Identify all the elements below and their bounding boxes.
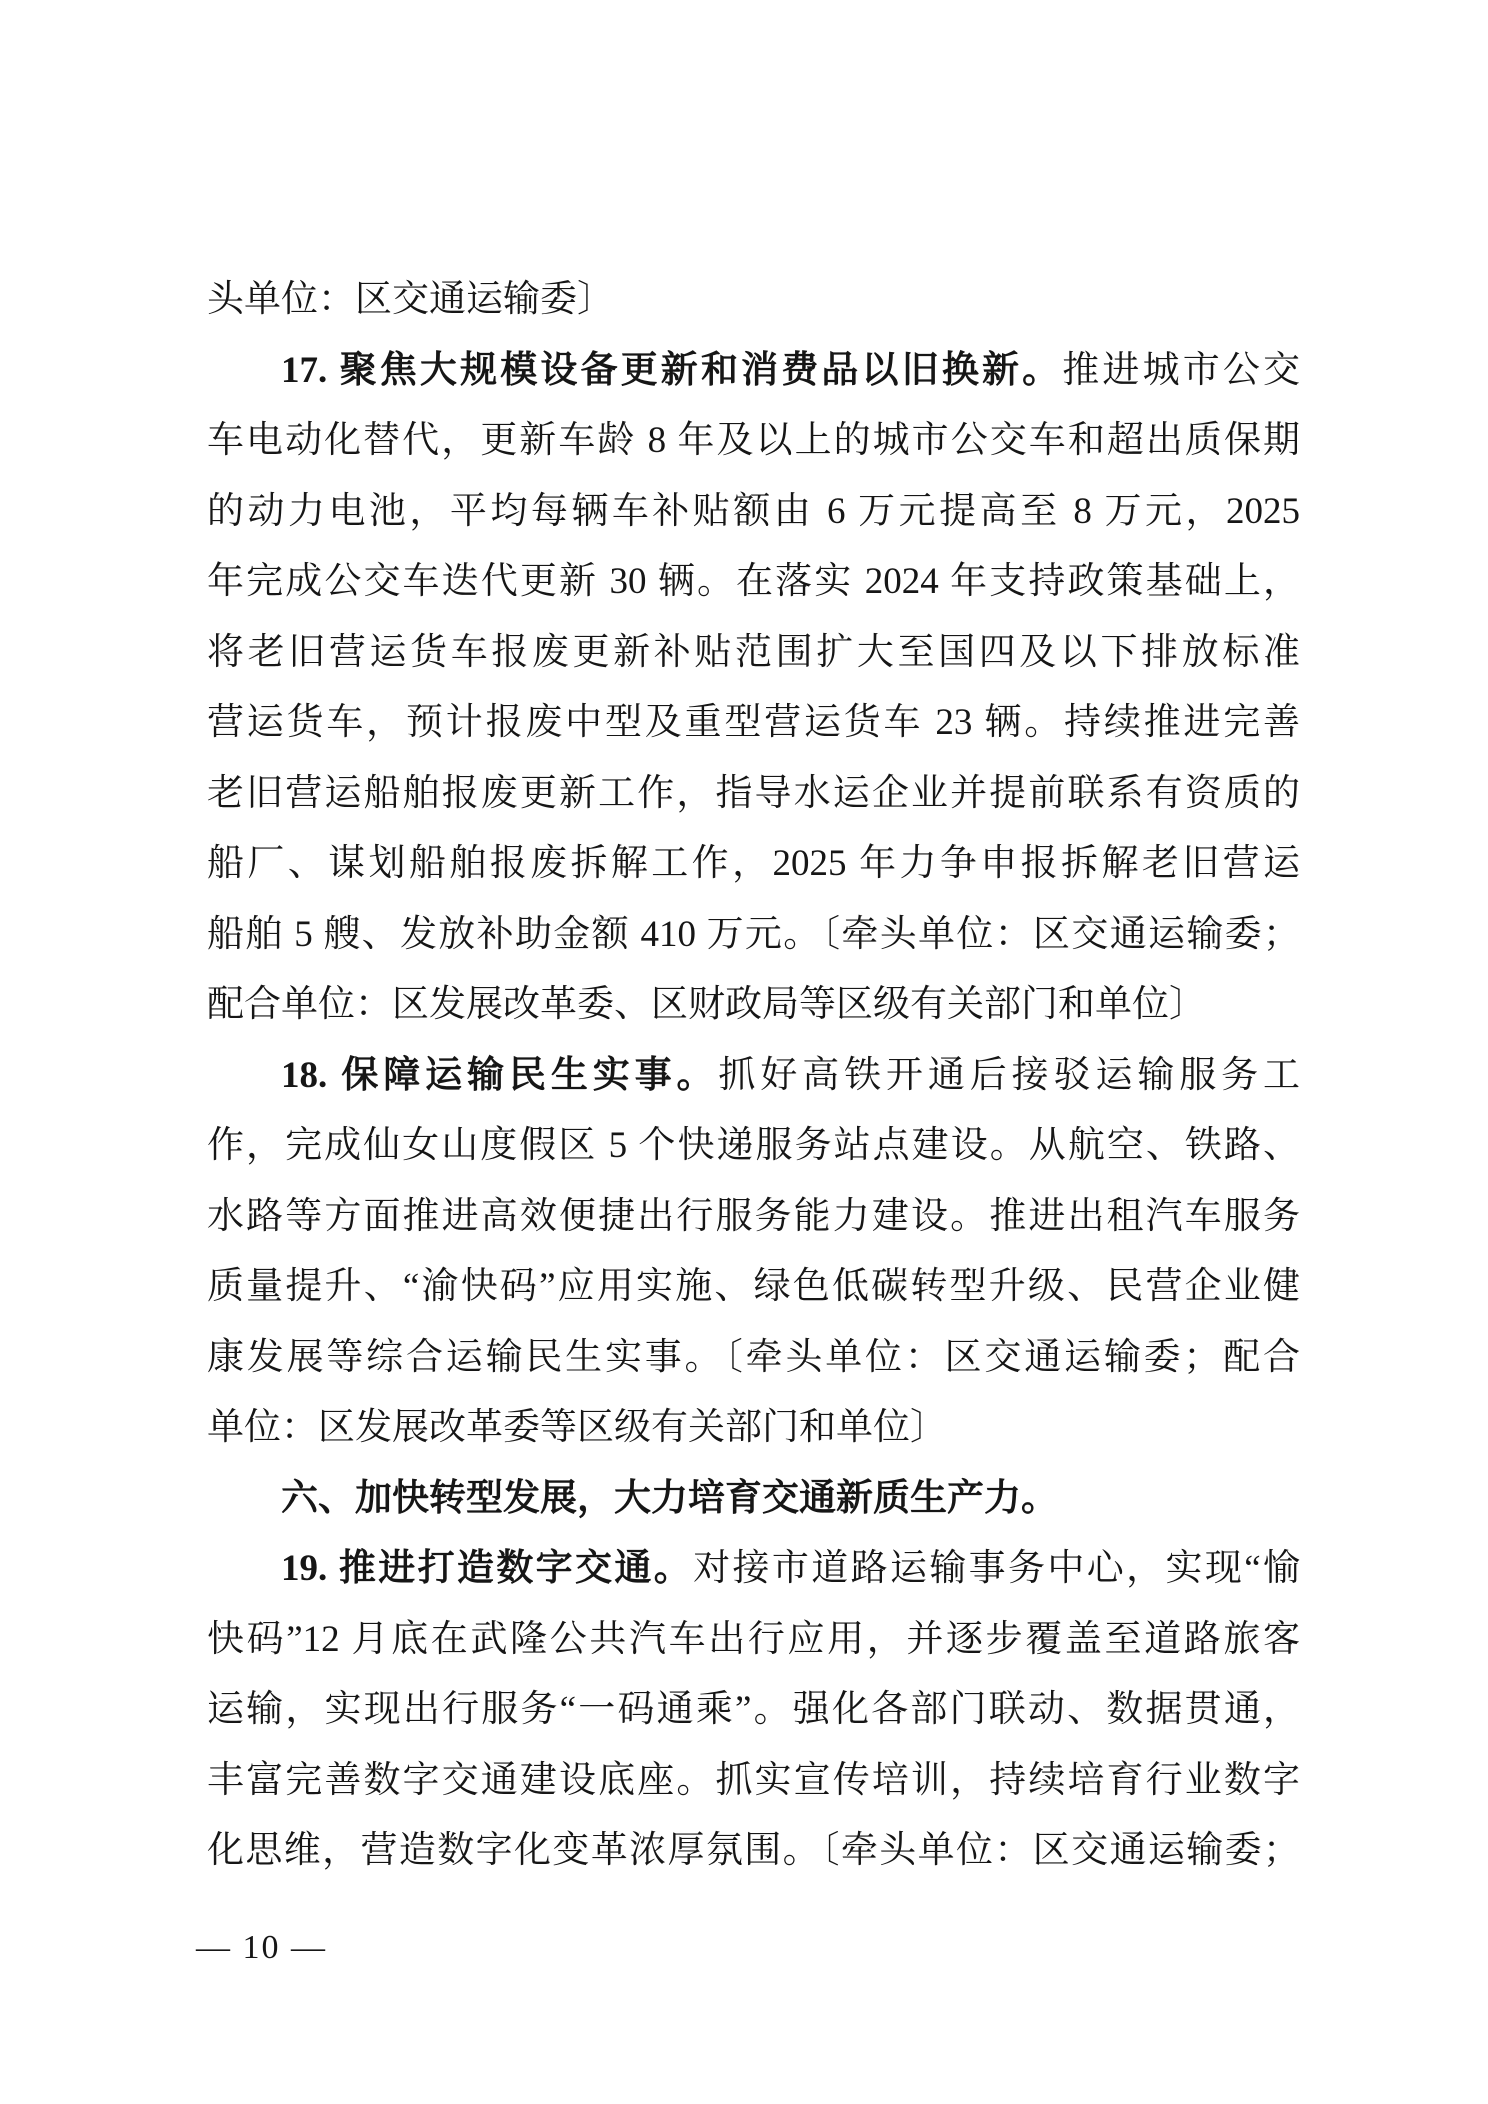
text-line: 康发展等综合运输民生实事。〔牵头单位：区交通运输委；配合 <box>207 1323 1300 1394</box>
body-text: 车电动化替代，更新车龄 8 年及以上的城市公交车和超出质保期 <box>207 420 1300 461</box>
text-line: 丰富完善数字交通建设底座。抓实宣传培训，持续培育行业数字 <box>207 1746 1300 1817</box>
text-line: 的动力电池，平均每辆车补贴额由 6 万元提高至 8 万元，2025 <box>207 477 1300 548</box>
body-text: 快码”12 月底在武隆公共汽车出行应用，并逐步覆盖至道路旅客 <box>207 1619 1300 1660</box>
body-text: 抓好高铁开通后接驳运输服务工 <box>718 1055 1300 1096</box>
body-text: 康发展等综合运输民生实事。〔牵头单位：区交通运输委；配合 <box>207 1337 1300 1378</box>
text-line: 头单位：区交通运输委〕 <box>207 265 1300 336</box>
text-line: 19. 推进打造数字交通。对接市道路运输事务中心，实现“愉 <box>207 1534 1300 1605</box>
body-text: 单位：区发展改革委等区级有关部门和单位〕 <box>207 1407 947 1448</box>
body-text: 运输，实现出行服务“一码通乘”。强化各部门联动、数据贯通， <box>207 1689 1300 1730</box>
text-line: 运输，实现出行服务“一码通乘”。强化各部门联动、数据贯通， <box>207 1675 1300 1746</box>
bold-lead-text: 六、加快转型发展，大力培育交通新质生产力。 <box>281 1478 1058 1519</box>
page-number: — 10 — <box>196 1928 327 1968</box>
text-line: 水路等方面推进高效便捷出行服务能力建设。推进出租汽车服务 <box>207 1182 1300 1253</box>
bold-lead-text: 18. 保障运输民生实事。 <box>281 1055 718 1096</box>
body-text: 配合单位：区发展改革委、区财政局等区级有关部门和单位〕 <box>207 984 1206 1025</box>
body-text: 对接市道路运输事务中心，实现“愉 <box>693 1548 1300 1589</box>
bold-lead-text: 19. 推进打造数字交通。 <box>281 1548 693 1589</box>
document-page: 头单位：区交通运输委〕17. 聚焦大规模设备更新和消费品以旧换新。推进城市公交车… <box>0 0 1488 2104</box>
body-text: 作，完成仙女山度假区 5 个快递服务站点建设。从航空、铁路、 <box>207 1125 1300 1166</box>
body-text: 水路等方面推进高效便捷出行服务能力建设。推进出租汽车服务 <box>207 1196 1300 1237</box>
text-line: 六、加快转型发展，大力培育交通新质生产力。 <box>207 1464 1300 1535</box>
text-line: 17. 聚焦大规模设备更新和消费品以旧换新。推进城市公交 <box>207 336 1300 407</box>
document-text: 头单位：区交通运输委〕17. 聚焦大规模设备更新和消费品以旧换新。推进城市公交车… <box>207 265 1300 1887</box>
body-text: 推进城市公交 <box>1062 350 1300 391</box>
body-text: 丰富完善数字交通建设底座。抓实宣传培训，持续培育行业数字 <box>207 1760 1300 1801</box>
body-text: 营运货车，预计报废中型及重型营运货车 23 辆。持续推进完善 <box>207 702 1300 743</box>
text-line: 将老旧营运货车报废更新补贴范围扩大至国四及以下排放标准 <box>207 618 1300 689</box>
text-line: 车电动化替代，更新车龄 8 年及以上的城市公交车和超出质保期 <box>207 406 1300 477</box>
text-line: 船舶 5 艘、发放补助金额 410 万元。〔牵头单位：区交通运输委； <box>207 900 1300 971</box>
text-line: 作，完成仙女山度假区 5 个快递服务站点建设。从航空、铁路、 <box>207 1111 1300 1182</box>
text-line: 单位：区发展改革委等区级有关部门和单位〕 <box>207 1393 1300 1464</box>
body-text: 头单位：区交通运输委〕 <box>207 279 614 320</box>
text-line: 老旧营运船舶报废更新工作，指导水运企业并提前联系有资质的 <box>207 759 1300 830</box>
body-text: 船厂、谋划船舶报废拆解工作，2025 年力争申报拆解老旧营运 <box>207 843 1300 884</box>
text-line: 船厂、谋划船舶报废拆解工作，2025 年力争申报拆解老旧营运 <box>207 829 1300 900</box>
body-text: 质量提升、“渝快码”应用实施、绿色低碳转型升级、民营企业健 <box>207 1266 1300 1307</box>
text-line: 配合单位：区发展改革委、区财政局等区级有关部门和单位〕 <box>207 970 1300 1041</box>
text-line: 18. 保障运输民生实事。抓好高铁开通后接驳运输服务工 <box>207 1041 1300 1112</box>
text-line: 质量提升、“渝快码”应用实施、绿色低碳转型升级、民营企业健 <box>207 1252 1300 1323</box>
body-text: 化思维，营造数字化变革浓厚氛围。〔牵头单位：区交通运输委； <box>207 1830 1300 1871</box>
text-line: 快码”12 月底在武隆公共汽车出行应用，并逐步覆盖至道路旅客 <box>207 1605 1300 1676</box>
body-text: 将老旧营运货车报废更新补贴范围扩大至国四及以下排放标准 <box>207 632 1300 673</box>
body-text: 老旧营运船舶报废更新工作，指导水运企业并提前联系有资质的 <box>207 773 1300 814</box>
body-text: 的动力电池，平均每辆车补贴额由 6 万元提高至 8 万元，2025 <box>207 491 1300 532</box>
text-line: 年完成公交车迭代更新 30 辆。在落实 2024 年支持政策基础上， <box>207 547 1300 618</box>
text-line: 营运货车，预计报废中型及重型营运货车 23 辆。持续推进完善 <box>207 688 1300 759</box>
body-text: 船舶 5 艘、发放补助金额 410 万元。〔牵头单位：区交通运输委； <box>207 914 1300 955</box>
bold-lead-text: 17. 聚焦大规模设备更新和消费品以旧换新。 <box>281 350 1062 391</box>
text-line: 化思维，营造数字化变革浓厚氛围。〔牵头单位：区交通运输委； <box>207 1816 1300 1887</box>
body-text: 年完成公交车迭代更新 30 辆。在落实 2024 年支持政策基础上， <box>207 561 1300 602</box>
